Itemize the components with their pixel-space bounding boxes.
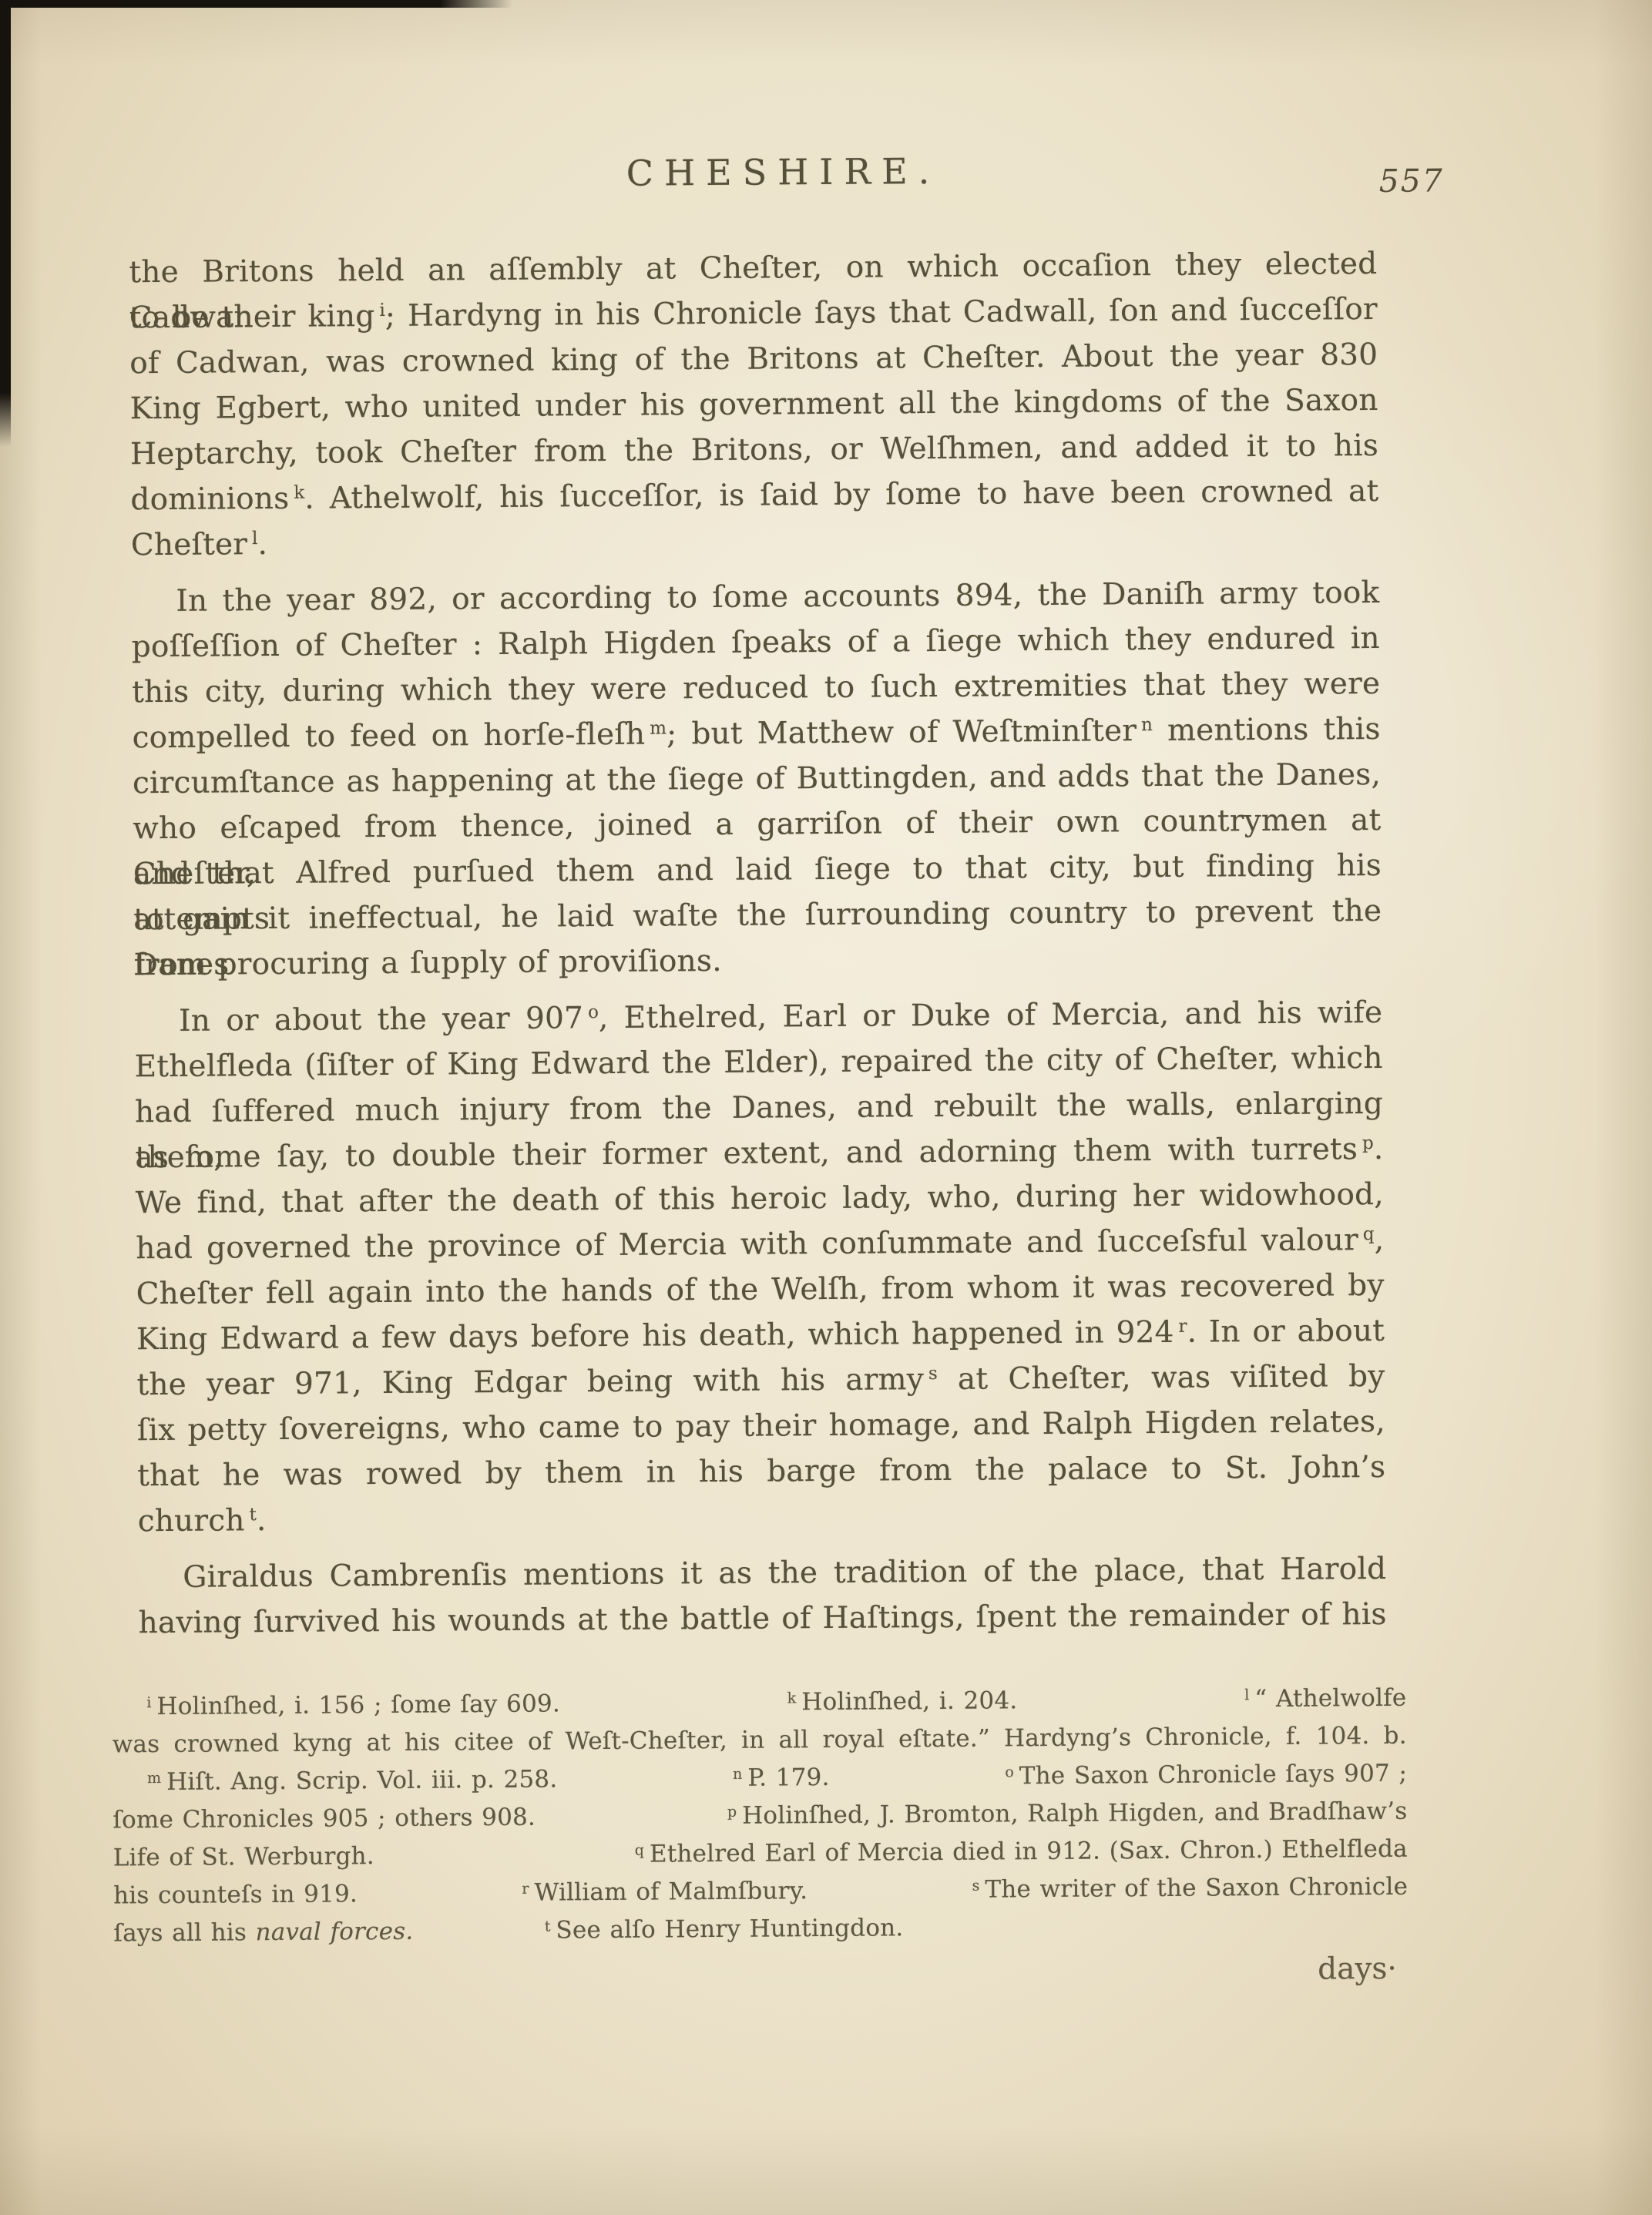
footnote-entry: l“ Athelwolfe bbox=[1244, 1680, 1407, 1721]
text-run: Ethelred Earl of Mercia died in 912. (Sa… bbox=[650, 1835, 1408, 1868]
footnote-marker: i bbox=[379, 300, 385, 321]
text-run: as ſome ſay, to double their former exte… bbox=[135, 1132, 1358, 1175]
text-run: Giraldus Cambrenſis mentions it as the t… bbox=[183, 1552, 1386, 1595]
text-run: “ Athelwolfe bbox=[1254, 1684, 1406, 1713]
footnote-gap bbox=[808, 1898, 972, 1898]
text-run: poſſeſſion of Cheſter : Ralph Higden ſpe… bbox=[132, 621, 1380, 664]
footnote-marker: t bbox=[545, 1918, 551, 1935]
footnote-marker: m bbox=[147, 1770, 161, 1787]
text-line: dominionsk. Athelwolf, his ſucceſſor, is… bbox=[130, 468, 1378, 522]
text-run: Holinſhed, J. Bromton, Ralph Higden, and… bbox=[742, 1797, 1408, 1830]
text-run: ſays all his bbox=[113, 1918, 255, 1947]
footnote-entry: sThe writer of the Saxon Chronicle bbox=[972, 1868, 1409, 1912]
text-run: ſix petty ſovereigns, who came to pay th… bbox=[137, 1405, 1385, 1448]
text-run: of Cadwan, was crowned king of the Brito… bbox=[129, 337, 1378, 381]
footnote-marker: r bbox=[1178, 1317, 1187, 1337]
footnote-entry: tSee alſo Henry Huntingdon. bbox=[545, 1909, 904, 1952]
text-run: . bbox=[257, 527, 267, 562]
footnote-entry: mHiſt. Ang. Scrip. Vol. iii. p. 258. bbox=[147, 1760, 558, 1804]
text-line: that he was rowed by them in his barge f… bbox=[137, 1445, 1385, 1498]
footnote-line: his counteſs in 919.rWilliam of Malmſbur… bbox=[113, 1868, 1408, 1915]
footnote-entry: rWilliam of Malmſbury. bbox=[522, 1872, 808, 1915]
page-number: 557 bbox=[1378, 162, 1444, 200]
header-title: CHESHIRE. bbox=[626, 150, 941, 194]
text-run: that he was rowed by them in his barge f… bbox=[137, 1450, 1385, 1493]
footnote-gap bbox=[536, 1824, 727, 1825]
footnote-gap bbox=[358, 1901, 522, 1901]
text-run: , bbox=[1374, 1223, 1384, 1257]
footnote-entry: Life of St. Werburgh. bbox=[113, 1837, 374, 1877]
text-run: The Saxon Chronicle ſays 907 ; bbox=[1019, 1760, 1407, 1790]
text-run: this city, during which they were reduce… bbox=[132, 666, 1380, 710]
page-sheet: CHESHIRE. 557 the Britons held an aſſemb… bbox=[0, 0, 1652, 2215]
footnotes: iHolinſhed, i. 156 ; ſome ſay 609.kHolin… bbox=[112, 1680, 1408, 1953]
text-run: . Athelwolf, his ſucceſſor, is ſaid by ſ… bbox=[304, 474, 1378, 516]
text-run: from procuring a ſupply of proviſions. bbox=[134, 944, 722, 982]
text-run: . bbox=[1374, 1132, 1384, 1166]
footnote-marker: l bbox=[1244, 1686, 1249, 1703]
text-run: was crowned kyng at his citee of Weſt-Ch… bbox=[112, 1722, 1407, 1759]
footnote-line: ſays all his naval forces.tSee alſo Henr… bbox=[113, 1906, 1408, 1953]
text-run: William of Malmſbury. bbox=[534, 1877, 808, 1906]
page-content: CHESHIRE. 557 the Britons held an aſſemb… bbox=[0, 0, 1652, 2215]
text-run: having ſurvived his wounds at the battle… bbox=[138, 1597, 1386, 1640]
text-run: the year 971, King Edgar being with his … bbox=[136, 1362, 924, 1402]
text-run: Holinſhed, i. 204. bbox=[801, 1686, 1017, 1716]
footnote-marker: k bbox=[294, 483, 304, 503]
text-run: ſome Chronicles 905 ; others 908. bbox=[112, 1804, 536, 1834]
text-run: P. 179. bbox=[747, 1764, 829, 1792]
footnote-marker: r bbox=[522, 1881, 529, 1898]
text-line: churcht. bbox=[138, 1490, 1386, 1544]
text-run: King Edward a few days before his death,… bbox=[136, 1315, 1174, 1357]
paragraph: the Britons held an aſſembly at Cheſter,… bbox=[129, 241, 1379, 568]
footnote-marker: k bbox=[787, 1690, 797, 1707]
text-run: See alſo Henry Huntingdon. bbox=[556, 1914, 903, 1944]
footnote-entry: oThe Saxon Chronicle ſays 907 ; bbox=[1005, 1755, 1407, 1799]
footnote-entry: kHolinſhed, i. 204. bbox=[787, 1682, 1018, 1724]
catchword: days· bbox=[141, 1952, 1397, 1995]
text-run: at Cheſter, was viſited by bbox=[938, 1359, 1385, 1397]
footnote-gap bbox=[560, 1710, 787, 1711]
footnote-gap bbox=[374, 1862, 635, 1864]
text-run: We find, that after the death of this he… bbox=[136, 1177, 1384, 1220]
footnote-marker: p bbox=[727, 1804, 737, 1821]
paragraph: In the year 892, or according to ſome ac… bbox=[131, 570, 1382, 988]
text-line: from procuring a ſupply of proviſions. bbox=[133, 934, 1382, 988]
text-line: having ſurvived his wounds at the battle… bbox=[138, 1592, 1386, 1646]
footnote-entry: ſays all his naval forces. bbox=[113, 1913, 413, 1953]
footnote-entry: ſome Chronicles 905 ; others 908. bbox=[112, 1799, 536, 1840]
text-run: compelled to feed on horſe-fleſh bbox=[132, 717, 645, 756]
text-run: Cheſter bbox=[131, 527, 248, 562]
text-run: ; Hardyng in his Chronicle ſays that Cad… bbox=[385, 292, 1378, 334]
scan-edge-top bbox=[0, 0, 512, 8]
text-run: had governed the province of Mercia with… bbox=[136, 1223, 1358, 1266]
text-run: naval forces. bbox=[255, 1918, 413, 1946]
footnote-marker: o bbox=[588, 1002, 599, 1022]
footnote-marker: t bbox=[249, 1505, 256, 1525]
text-run: Cheſter fell again into the hands of the… bbox=[136, 1268, 1385, 1311]
text-run: mentions this bbox=[1153, 712, 1381, 748]
footnote-marker: l bbox=[252, 529, 258, 549]
footnote-gap bbox=[1017, 1707, 1244, 1708]
footnote-marker: m bbox=[650, 718, 667, 738]
footnote-marker: i bbox=[146, 1694, 151, 1711]
text-run: , Ethelred, Earl or Duke of Mercia, and … bbox=[599, 995, 1382, 1035]
footnote-marker: n bbox=[1141, 715, 1153, 735]
text-run: to be their king bbox=[129, 299, 375, 335]
footnote-entry: his counteſs in 919. bbox=[113, 1875, 358, 1915]
text-run: ; but Matthew of Weſtminſter bbox=[667, 713, 1137, 751]
footnote-gap bbox=[413, 1938, 544, 1939]
footnote-marker: s bbox=[928, 1364, 938, 1384]
footnote-marker: n bbox=[733, 1766, 742, 1783]
text-run: Holinſhed, i. 156 ; ſome ſay 609. bbox=[156, 1690, 560, 1720]
text-run: In or about the year 907 bbox=[179, 1001, 583, 1039]
paragraph: Giraldus Cambrenſis mentions it as the t… bbox=[138, 1546, 1387, 1646]
footnote-marker: q bbox=[635, 1842, 644, 1859]
text-run: Hiſt. Ang. Scrip. Vol. iii. p. 258. bbox=[166, 1765, 557, 1796]
text-run: dominions bbox=[130, 482, 289, 517]
main-text: the Britons held an aſſembly at Cheſter,… bbox=[129, 241, 1387, 1646]
text-run: his counteſs in 919. bbox=[113, 1880, 358, 1909]
paragraph: In or about the year 907o, Ethelred, Ear… bbox=[134, 990, 1386, 1544]
footnote-gap bbox=[903, 1932, 1408, 1936]
text-run: church bbox=[138, 1503, 245, 1539]
text-run: The writer of the Saxon Chronicle bbox=[985, 1873, 1408, 1904]
footnote-gap bbox=[557, 1786, 733, 1787]
text-run: Life of St. Werburgh. bbox=[113, 1842, 374, 1871]
footnote-marker: p bbox=[1362, 1133, 1374, 1153]
footnote-marker: o bbox=[1005, 1764, 1014, 1780]
text-run: In the year 892, or according to ſome ac… bbox=[176, 576, 1379, 619]
text-run: circumſtance as happening at the ſiege o… bbox=[133, 757, 1381, 800]
text-run: Ethelfleda (ſiſter of King Edward the El… bbox=[134, 1041, 1382, 1084]
text-line: to gain it ineffectual, he laid waſte th… bbox=[133, 888, 1382, 942]
footnote-gap bbox=[830, 1784, 1006, 1785]
text-run: . bbox=[257, 1503, 267, 1538]
footnote-entry: iHolinſhed, i. 156 ; ſome ſay 609. bbox=[146, 1685, 560, 1729]
footnote-marker: s bbox=[972, 1878, 980, 1894]
text-run: . In or about bbox=[1187, 1314, 1385, 1350]
footnote-marker: q bbox=[1363, 1224, 1375, 1244]
text-run: Heptarchy, took Cheſter from the Britons… bbox=[130, 428, 1378, 472]
text-line: Cheſterl. bbox=[131, 514, 1379, 568]
text-run: King Egbert, who united under his govern… bbox=[129, 383, 1378, 426]
footnote-entry: nP. 179. bbox=[733, 1759, 830, 1801]
page-header: CHESHIRE. bbox=[159, 147, 1407, 197]
scan-edge-left bbox=[0, 0, 11, 447]
